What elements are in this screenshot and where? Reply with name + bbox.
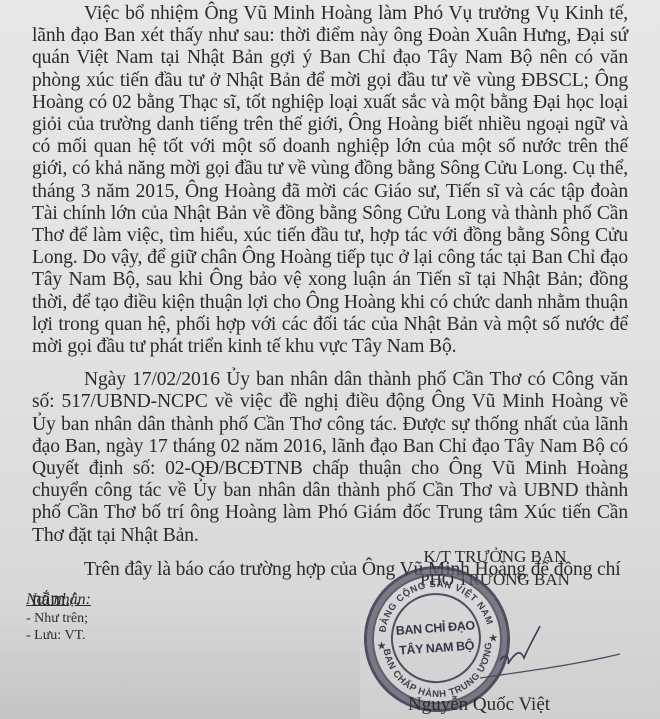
document-page: Việc bổ nhiệm Ông Vũ Minh Hoàng làm Phó … — [0, 0, 660, 719]
handwritten-signature — [470, 618, 630, 688]
document-body: Việc bổ nhiệm Ông Vũ Minh Hoàng làm Phó … — [32, 3, 628, 611]
recipients-heading: Nơi nhận: — [26, 591, 91, 608]
closing-tail: nắm./. — [32, 589, 628, 611]
recipient-item: - Lưu: VT. — [26, 627, 91, 644]
paragraph-transfer-decision: Ngày 17/02/2016 Ủy ban nhân dân thành ph… — [32, 369, 628, 547]
recipients-block: Nơi nhận: - Như trên; - Lưu: VT. — [26, 591, 91, 644]
paragraph-appointment-reasons: Việc bổ nhiệm Ông Vũ Minh Hoàng làm Phó … — [32, 3, 628, 358]
recipient-item: - Như trên; — [26, 610, 91, 627]
signer-name: Nguyễn Quốc Việt — [408, 694, 550, 716]
star-icon: ★ — [377, 641, 387, 653]
seal-center-line-2: TÂY NAM BỘ — [399, 635, 475, 660]
